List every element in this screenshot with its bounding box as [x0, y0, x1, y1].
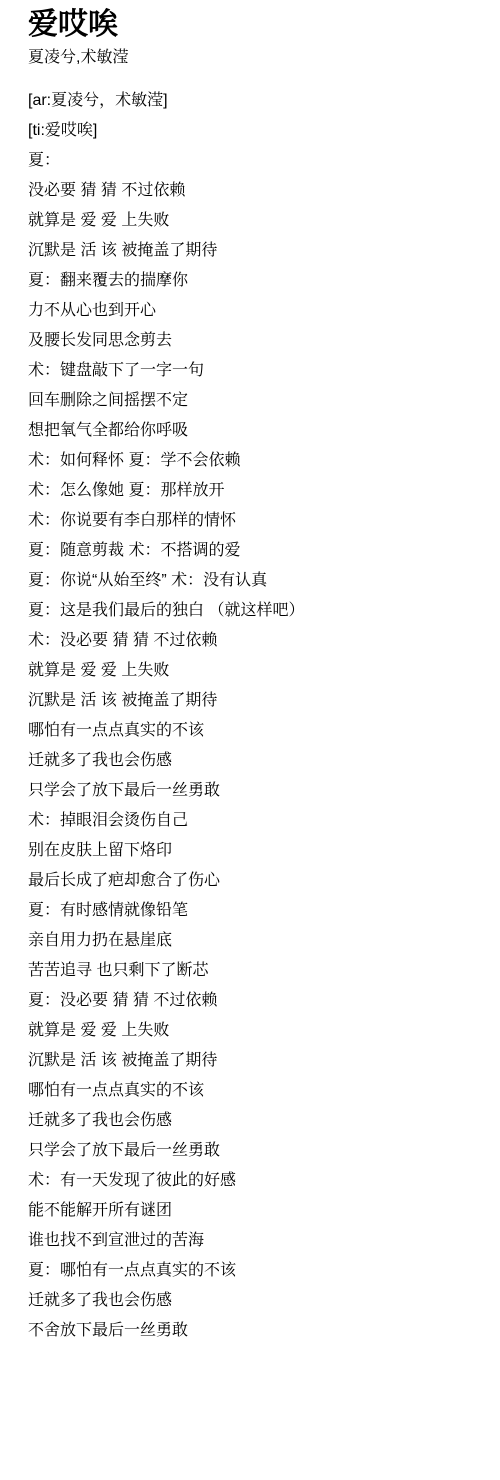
lyric-line: 就算是 爱 爱 上失败	[28, 1016, 488, 1046]
lyric-line: 就算是 爱 爱 上失败	[28, 656, 488, 686]
lyric-line: 别在皮肤上留下烙印	[28, 836, 488, 866]
lyric-line: 迁就多了我也会伤感	[28, 1286, 488, 1316]
lyric-line: 苦苦追寻 也只剩下了断芯	[28, 956, 488, 986]
song-title: 爱哎唉	[28, 6, 488, 44]
lyric-line: 就算是 爱 爱 上失败	[28, 206, 488, 236]
lyric-line: 术：键盘敲下了一字一句	[28, 356, 488, 386]
lyric-line: 夏：	[28, 146, 488, 176]
lyric-line: 夏：翻来覆去的揣摩你	[28, 266, 488, 296]
lyric-line: 术：没必要 猜 猜 不过依赖	[28, 626, 488, 656]
lyric-line: 夏：这是我们最后的独白 （就这样吧）	[28, 596, 488, 626]
lyric-line: 没必要 猜 猜 不过依赖	[28, 176, 488, 206]
artist-names: 夏凌兮,术敏滢	[28, 47, 488, 69]
lyric-line: 术：怎么像她 夏：那样放开	[28, 476, 488, 506]
lyric-line: 回车删除之间摇摆不定	[28, 386, 488, 416]
lyric-line: 夏：你说“从始至终” 术：没有认真	[28, 566, 488, 596]
lyric-line: [ar:夏凌兮，术敏滢]	[28, 86, 488, 116]
lyric-line: 沉默是 活 该 被掩盖了期待	[28, 686, 488, 716]
lyric-line: 能不能解开所有谜团	[28, 1196, 488, 1226]
lyrics-page: 爱哎唉 夏凌兮,术敏滢 [ar:夏凌兮，术敏滢][ti:爱哎唉]夏：没必要 猜 …	[0, 0, 500, 1480]
lyric-line: 最后长成了疤却愈合了伤心	[28, 866, 488, 896]
lyric-line: 术：你说要有李白那样的情怀	[28, 506, 488, 536]
lyric-line: 夏：有时感情就像铅笔	[28, 896, 488, 926]
lyric-line: 不舍放下最后一丝勇敢	[28, 1316, 488, 1346]
lyric-line: 想把氧气全都给你呼吸	[28, 416, 488, 446]
lyric-line: 术：掉眼泪会烫伤自己	[28, 806, 488, 836]
lyric-line: 术：如何释怀 夏：学不会依赖	[28, 446, 488, 476]
lyric-line: 只学会了放下最后一丝勇敢	[28, 776, 488, 806]
lyric-line: 亲自用力扔在悬崖底	[28, 926, 488, 956]
lyric-line: 哪怕有一点点真实的不该	[28, 716, 488, 746]
lyric-line: 术：有一天发现了彼此的好感	[28, 1166, 488, 1196]
lyric-line: 及腰长发同思念剪去	[28, 326, 488, 356]
lyric-line: [ti:爱哎唉]	[28, 116, 488, 146]
lyric-line: 夏：哪怕有一点点真实的不该	[28, 1256, 488, 1286]
lyric-line: 只学会了放下最后一丝勇敢	[28, 1136, 488, 1166]
lyric-line: 沉默是 活 该 被掩盖了期待	[28, 1046, 488, 1076]
lyric-line: 谁也找不到宣泄过的苦海	[28, 1226, 488, 1256]
lyrics-body: [ar:夏凌兮，术敏滢][ti:爱哎唉]夏：没必要 猜 猜 不过依赖就算是 爱 …	[28, 86, 488, 1346]
lyric-line: 迁就多了我也会伤感	[28, 1106, 488, 1136]
lyric-line: 沉默是 活 该 被掩盖了期待	[28, 236, 488, 266]
lyric-line: 夏：没必要 猜 猜 不过依赖	[28, 986, 488, 1016]
lyric-line: 哪怕有一点点真实的不该	[28, 1076, 488, 1106]
lyric-line: 力不从心也到开心	[28, 296, 488, 326]
lyric-line: 夏：随意剪裁 术：不搭调的爱	[28, 536, 488, 566]
lyric-line: 迁就多了我也会伤感	[28, 746, 488, 776]
